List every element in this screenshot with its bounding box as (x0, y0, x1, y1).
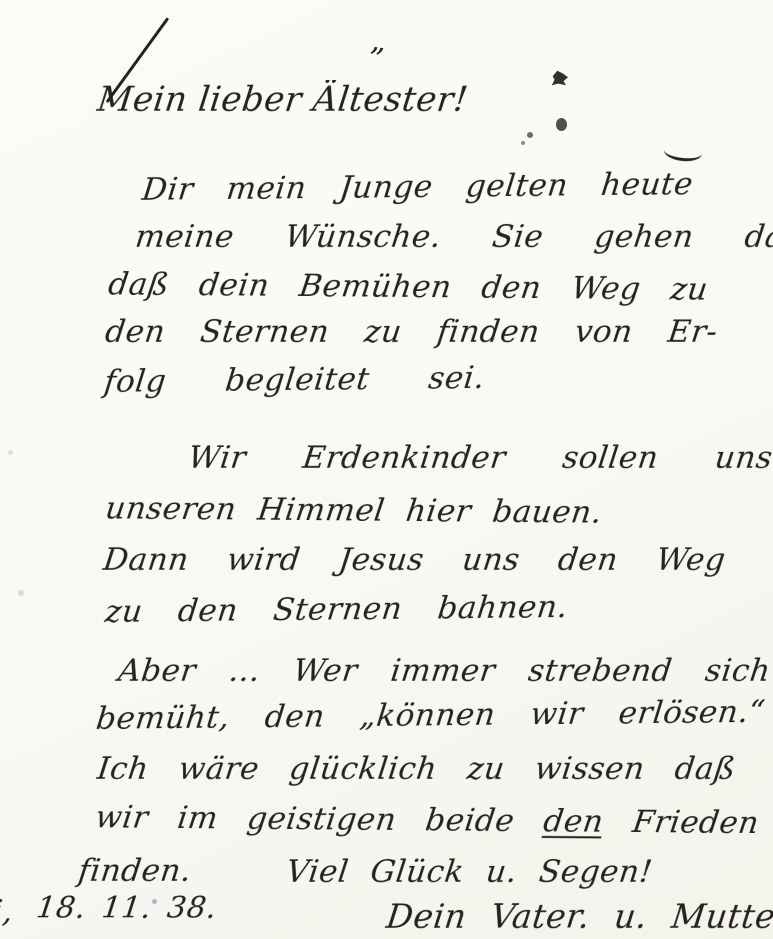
stray-pen-curve (663, 141, 703, 163)
letter-line: Wir Erdenkinder sollen uns (186, 438, 773, 478)
date-edge-fragment: i, (0, 892, 16, 932)
ink-speck (521, 141, 525, 145)
letter-line: unseren Himmel hier bauen. (103, 488, 605, 532)
letter-line: Dann wird Jesus uns den Weg (101, 540, 728, 580)
salutation-line: Mein lieber Ältester! (95, 78, 471, 122)
scan-speck-blue (152, 899, 157, 904)
letter-page: Mein lieber Ältester! ” Dir mein Junge g… (0, 0, 773, 939)
ink-speck (527, 132, 533, 138)
letter-line: meine Wünsche. Sie gehen dahin (133, 217, 773, 257)
letter-line: Ich wäre glücklich zu wissen daß (95, 749, 738, 789)
closing-left-line: finden. (76, 851, 194, 891)
emphasis-post: Frieden (601, 803, 761, 840)
letter-line: bemüht, den „können wir erlösen.“ (94, 692, 767, 739)
letter-line: zu den Sternen bahnen. (103, 587, 570, 632)
signature-line: Dein Vater. u. Mutter (384, 896, 773, 938)
underlined-word: den (541, 803, 605, 840)
umlaut-flourish-mark: ” (366, 41, 386, 78)
ink-speck (556, 118, 567, 131)
scan-speck-beige (18, 590, 24, 596)
emphasis-pre: wir im geistigen beide (93, 799, 546, 839)
date-line: 18. 11. 38. (34, 889, 219, 929)
letter-line: Dir mein Junge gelten heute (140, 164, 695, 210)
letter-line-emphasis: wir im geistigen beide den Frieden (93, 797, 762, 843)
letter-line: folg begleitet sei. (102, 358, 487, 402)
letter-line: Aber ... Wer immer strebend sich (116, 651, 773, 691)
letter-line: daß dein Bemühen den Weg zu (106, 264, 711, 309)
closing-right-line: Viel Glück u. Segen! (284, 852, 655, 892)
scan-speck-beige (8, 450, 13, 455)
letter-line: den Sternen zu finden von Er- (103, 312, 720, 352)
ink-speck (550, 70, 568, 86)
